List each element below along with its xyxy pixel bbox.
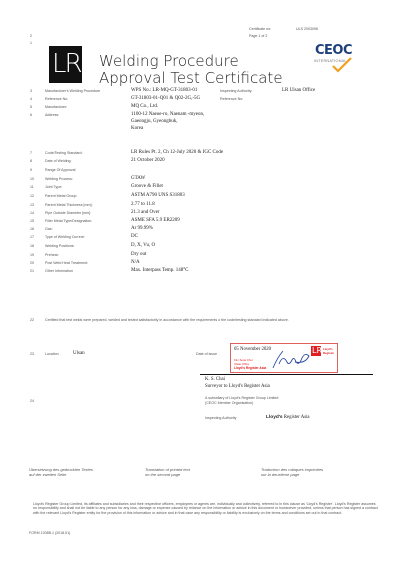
field-label: Manufacturer's Welding Procedure [45,89,100,93]
field-value: GT-31803-01-Q01 & Q02-2G,-5G [131,96,200,101]
field-label: Joint Type: [45,185,62,189]
field-value: 21.3 and Over [131,210,159,215]
page-indicator: Page 1 of 2 [249,34,267,38]
stamp-line: Lloyd's Register Asia [234,366,266,370]
field-label: Gas: [45,227,53,231]
field-number: 9 [30,168,32,172]
lr-logo-icon: LR [49,46,82,83]
field-label: Type of Welding Current: [45,235,85,239]
field-value: Max. Interpass Temp. 148°C [131,268,189,273]
field-value: ASME SFA 5.9 ER2209 [131,218,180,223]
field-label: Other Information [45,269,73,273]
lr-stamp-logo-icon: LR [311,346,321,356]
field-number: 21 [30,269,34,273]
margin-number: 1 [30,41,32,45]
signatory-role: Surveyor to Lloyd's Register Asia [205,384,270,389]
location-label: Location [45,352,59,356]
field-number: 15 [30,219,34,223]
field-value: 2.77 to 11.8 [131,202,155,207]
field-label: Parent Metal Group: [45,194,77,198]
field-value: 21 October 2020 [131,158,165,163]
stamp-brand: Register [323,351,334,355]
date-of-issue-label: Date of issue [196,352,217,356]
certificate-no-label: Certificate no: [249,27,271,31]
field-number: 12 [30,194,34,198]
signatory-name: K. S. Chai [205,377,225,382]
field-number: 16 [30,227,34,231]
inspecting-authority-value: LR Ulsan Office [282,88,315,93]
field-label: Date of Welding: [45,159,72,163]
inspecting-authority-value: Lloyd's Register Asia [266,415,310,420]
translation-fr: Traduction des rubiques impriméessur la … [261,467,323,477]
inspecting-authority-label: Inspecting Authority [205,416,236,420]
field-value: D, X, Vu, O [131,243,155,248]
subsidiary-text: A subsidiary of Lloyd's Register Group L… [205,396,278,400]
field-number: 7 [30,151,32,155]
field-value: ASTM A790 UNS S31803 [131,193,185,198]
inspecting-authority-label: Inspecting Authority: [220,89,252,93]
location-value: Ulsan [73,351,85,356]
field-number: 6 [30,113,32,117]
field-value: Dry out [131,252,146,257]
field-number: 17 [30,235,34,239]
field-number: 10 [30,177,34,181]
field-label: Welding Process: [45,177,73,181]
field-label: Manufacturer: [45,105,67,109]
field-number: 20 [30,261,34,265]
field-value: N/A [131,260,140,265]
field-number: 24 [30,399,34,403]
signature-icon [269,348,311,370]
field-value: DC [131,234,138,239]
field-number: 13 [30,203,34,207]
field-value: LR Rules Pt. 2, Ch 12-July 2020 & IGC Co… [131,150,223,155]
field-number: 22 [30,318,34,322]
disclaimer: Lloyd's Register Group Limited, its affi… [33,502,378,515]
field-label: Filler Metal Type/Designation: [45,219,92,223]
field-number: 5 [30,105,32,109]
official-stamp: 05 November 2020 Kim Sook Chul Ulsan Off… [230,343,338,373]
page-title-line2: Approval Test Certificate [99,70,283,87]
field-number: 4 [30,97,32,101]
field-label: Preheat: [45,253,59,257]
translation-de: Übersetzung des gedruckten Textesauf der… [29,467,93,477]
ceoc-logo-icon: CEOC INTERNATIONAL [313,43,357,73]
reference-no-label: Reference No: [220,97,243,101]
field-label: Pipe Outside Diameter [mm]: [45,211,91,215]
field-value: Groove & Fillet [131,184,163,189]
field-label: Parent Metal Thickness [mm]: [45,203,92,207]
field-label: Code/Testing Standard: [45,151,83,155]
field-number: 18 [30,244,34,248]
field-label: Post Weld Heat Treatment: [45,261,88,265]
translation-en: Translation of printed texton the second… [145,467,190,477]
subsidiary-text: (CEOC Member Organisation) [205,401,253,405]
certificate-no: ULS 2003096 [296,27,318,31]
signature-line [200,374,373,375]
field-value: WPS No.: LR-MQ-GT-31803-01 [131,88,197,93]
address-line: 1100-12 Naeoe-ro, Naenam -myeon, [131,112,204,117]
address-line: Korea [131,126,143,131]
certification-statement: Certified that test welds were prepared,… [45,318,289,322]
form-code: FORM 1208B.1 (2018.01) [29,531,70,535]
field-value: Ar 99.99% [131,226,153,231]
address-line: Gaeongju, Gyeongbuk, [131,119,178,124]
field-number: 23 [30,352,34,356]
field-number: 3 [30,89,32,93]
field-label: Welding Positions: [45,244,75,248]
field-number: 11 [30,185,34,189]
margin-number: 2 [30,34,32,38]
field-label: Reference No: [45,97,68,101]
field-value: GTAW [131,176,145,181]
page-title-line1: Welding Procedure [99,53,239,70]
field-number: 14 [30,211,34,215]
field-number: 19 [30,253,34,257]
field-value: MQ Co., Ltd. [131,104,158,109]
field-number: 8 [30,159,32,163]
date-of-issue: 05 November 2020 [234,347,271,352]
field-label: Address: [45,113,59,117]
field-label: Range Of Approval [45,168,75,172]
